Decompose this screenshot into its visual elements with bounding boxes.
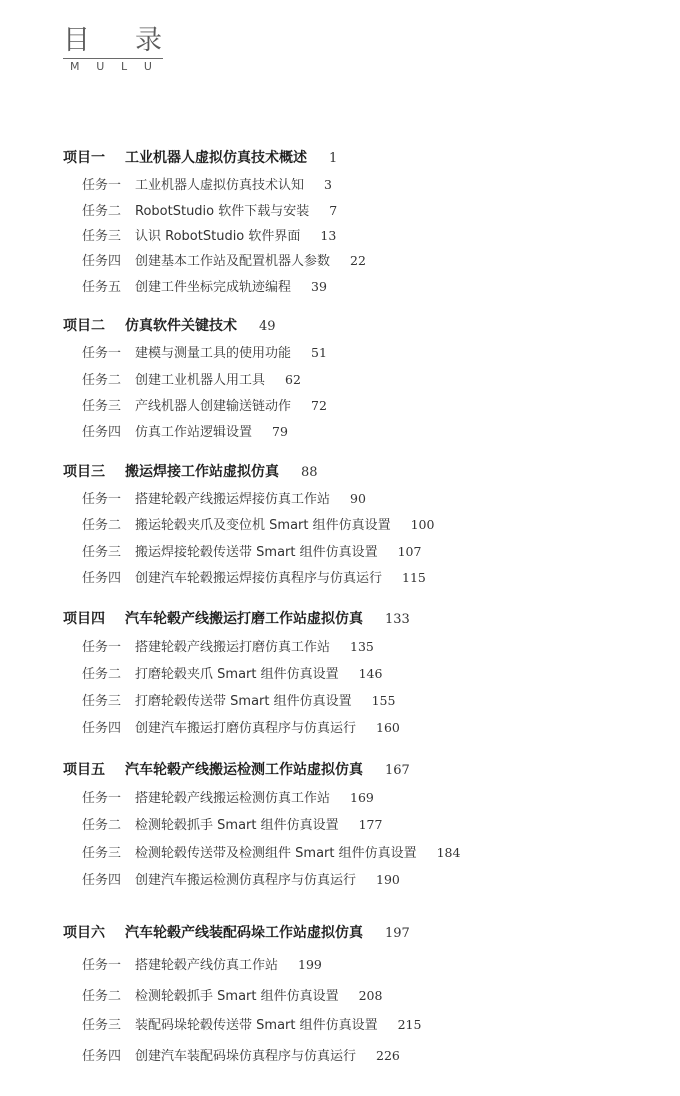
page-number: 167 [385,763,410,778]
toc-project-2[interactable]: 项目二 仿真软件关键技术 49 [63,315,276,335]
page-number: 100 [411,517,435,532]
toc-task[interactable]: 任务三 产线机器人创建输送链动作 72 [82,395,327,414]
toc-task[interactable]: 任务二 打磨轮毂夹爪 Smart 组件仿真设置 146 [82,663,382,682]
task-number: 任务四 [82,421,121,440]
toc-task[interactable]: 任务四 创建汽车搬运检测仿真程序与仿真运行 190 [82,869,400,888]
task-number: 任务三 [82,225,121,244]
task-number: 任务三 [82,541,121,560]
page-number: 62 [285,372,301,387]
subtitle-letter: U [144,60,152,73]
task-title: 创建基本工作站及配置机器人参数 [135,250,330,269]
toc-project-4[interactable]: 项目四 汽车轮毂产线搬运打磨工作站虚拟仿真 133 [63,608,410,628]
toc-project-1[interactable]: 项目一 工业机器人虚拟仿真技术概述 1 [63,147,337,167]
task-title: 检测轮毂传送带及检测组件 Smart 组件仿真设置 [135,842,417,861]
toc-task[interactable]: 任务一 工业机器人虚拟仿真技术认知 3 [82,174,332,193]
task-number: 任务二 [82,369,121,388]
task-title: 创建汽车轮毂搬运焊接仿真程序与仿真运行 [135,567,382,586]
page-number: 22 [350,253,366,268]
page-number: 49 [259,319,276,334]
project-number: 项目四 [63,608,105,628]
task-number: 任务二 [82,663,121,682]
task-number: 任务四 [82,250,121,269]
project-number: 项目六 [63,922,105,942]
task-number: 任务四 [82,1045,121,1064]
task-number: 任务一 [82,954,121,973]
task-title: 打磨轮毂传送带 Smart 组件仿真设置 [135,690,352,709]
subtitle-letter: L [121,60,127,73]
task-title: 搭建轮毂产线搬运检测仿真工作站 [135,787,330,806]
toc-task[interactable]: 任务二 检测轮毂抓手 Smart 组件仿真设置 208 [82,985,382,1004]
task-number: 任务五 [82,276,121,295]
page-number: 39 [311,279,327,294]
toc-task[interactable]: 任务一 搭建轮毂产线仿真工作站 199 [82,954,322,973]
page-number: 3 [324,177,332,192]
task-title: 创建工件坐标完成轨迹编程 [135,276,291,295]
page-number: 79 [272,424,288,439]
task-title: 装配码垛轮毂传送带 Smart 组件仿真设置 [135,1014,378,1033]
task-title: 搭建轮毂产线仿真工作站 [135,954,278,973]
task-title: 搭建轮毂产线搬运焊接仿真工作站 [135,488,330,507]
task-number: 任务二 [82,814,121,833]
toc-task[interactable]: 任务二 搬运轮毂夹爪及变位机 Smart 组件仿真设置 100 [82,514,434,533]
task-title: 仿真工作站逻辑设置 [135,421,252,440]
project-number: 项目一 [63,147,105,167]
task-title: 搬运轮毂夹爪及变位机 Smart 组件仿真设置 [135,514,391,533]
page-title: 目 录 [63,26,163,56]
toc-header: 目 录 M U L U [63,26,163,73]
toc-task[interactable]: 任务三 打磨轮毂传送带 Smart 组件仿真设置 155 [82,690,395,709]
project-number: 项目五 [63,759,105,779]
task-number: 任务三 [82,395,121,414]
task-title: 检测轮毂抓手 Smart 组件仿真设置 [135,814,339,833]
task-title: 创建汽车装配码垛仿真程序与仿真运行 [135,1045,356,1064]
page-number: 160 [376,720,400,735]
toc-project-3[interactable]: 项目三 搬运焊接工作站虚拟仿真 88 [63,461,318,481]
toc-task[interactable]: 任务三 搬运焊接轮毂传送带 Smart 组件仿真设置 107 [82,541,421,560]
page-number: 177 [359,817,383,832]
toc-task[interactable]: 任务二 创建工业机器人用工具 62 [82,369,301,388]
page-number: 133 [385,612,410,627]
task-title: 创建汽车搬运打磨仿真程序与仿真运行 [135,717,356,736]
toc-task[interactable]: 任务四 创建基本工作站及配置机器人参数 22 [82,250,366,269]
page-subtitle: M U L U [70,60,152,73]
task-number: 任务二 [82,200,121,219]
page-number: 7 [329,203,337,218]
task-title: 创建工业机器人用工具 [135,369,265,388]
page-number: 199 [298,957,322,972]
toc-task[interactable]: 任务四 仿真工作站逻辑设置 79 [82,421,288,440]
page-number: 1 [329,151,337,166]
subtitle-letter: U [96,60,104,73]
task-title: 产线机器人创建输送链动作 [135,395,291,414]
page-number: 115 [402,570,426,585]
toc-task[interactable]: 任务一 搭建轮毂产线搬运焊接仿真工作站 90 [82,488,366,507]
page-number: 13 [320,228,336,243]
page-number: 72 [311,398,327,413]
toc-task[interactable]: 任务三 装配码垛轮毂传送带 Smart 组件仿真设置 215 [82,1014,421,1033]
title-underline [63,58,163,59]
page-number: 51 [311,345,327,360]
project-title: 汽车轮毂产线搬运打磨工作站虚拟仿真 [125,608,363,628]
toc-project-6[interactable]: 项目六 汽车轮毂产线装配码垛工作站虚拟仿真 197 [63,922,410,942]
task-number: 任务三 [82,1014,121,1033]
page-number: 88 [301,465,318,480]
toc-task[interactable]: 任务三 检测轮毂传送带及检测组件 Smart 组件仿真设置 184 [82,842,460,861]
project-title: 工业机器人虚拟仿真技术概述 [125,147,307,167]
toc-task[interactable]: 任务五 创建工件坐标完成轨迹编程 39 [82,276,327,295]
task-title: 搭建轮毂产线搬运打磨仿真工作站 [135,636,330,655]
toc-task[interactable]: 任务一 搭建轮毂产线搬运检测仿真工作站 169 [82,787,374,806]
title-char-lu: 录 [135,26,162,56]
page-number: 215 [398,1017,422,1032]
task-title: 打磨轮毂夹爪 Smart 组件仿真设置 [135,663,339,682]
page-number: 197 [385,926,410,941]
toc-task[interactable]: 任务三 认识 RobotStudio 软件界面 13 [82,225,336,244]
project-number: 项目三 [63,461,105,481]
task-title: 检测轮毂抓手 Smart 组件仿真设置 [135,985,339,1004]
subtitle-letter: M [70,60,80,73]
title-char-mu: 目 [63,26,90,56]
project-number: 项目二 [63,315,105,335]
page-number: 146 [359,666,383,681]
task-number: 任务二 [82,514,121,533]
task-number: 任务一 [82,636,121,655]
task-number: 任务四 [82,567,121,586]
task-title: 工业机器人虚拟仿真技术认知 [135,174,304,193]
task-number: 任务四 [82,869,121,888]
toc-project-5[interactable]: 项目五 汽车轮毂产线搬运检测工作站虚拟仿真 167 [63,759,410,779]
task-number: 任务三 [82,690,121,709]
toc-task[interactable]: 任务四 创建汽车轮毂搬运焊接仿真程序与仿真运行 115 [82,567,426,586]
task-number: 任务一 [82,174,121,193]
task-number: 任务一 [82,787,121,806]
task-title: 创建汽车搬运检测仿真程序与仿真运行 [135,869,356,888]
project-title: 汽车轮毂产线搬运检测工作站虚拟仿真 [125,759,363,779]
task-number: 任务一 [82,488,121,507]
page-number: 90 [350,491,366,506]
toc-task[interactable]: 任务一 建模与测量工具的使用功能 51 [82,342,327,361]
toc-task[interactable]: 任务一 搭建轮毂产线搬运打磨仿真工作站 135 [82,636,374,655]
toc-task[interactable]: 任务二 RobotStudio 软件下载与安装 7 [82,200,337,219]
page-number: 226 [376,1048,400,1063]
page-number: 135 [350,639,374,654]
page-number: 155 [372,693,396,708]
task-title: 认识 RobotStudio 软件界面 [135,225,300,244]
page-number: 107 [398,544,422,559]
task-number: 任务四 [82,717,121,736]
task-title: 建模与测量工具的使用功能 [135,342,291,361]
page-number: 169 [350,790,374,805]
toc-task[interactable]: 任务四 创建汽车搬运打磨仿真程序与仿真运行 160 [82,717,400,736]
page-number: 190 [376,872,400,887]
page-number: 208 [359,988,383,1003]
toc-task[interactable]: 任务二 检测轮毂抓手 Smart 组件仿真设置 177 [82,814,382,833]
project-title: 汽车轮毂产线装配码垛工作站虚拟仿真 [125,922,363,942]
task-number: 任务一 [82,342,121,361]
task-title: RobotStudio 软件下载与安装 [135,200,309,219]
task-title: 搬运焊接轮毂传送带 Smart 组件仿真设置 [135,541,378,560]
project-title: 搬运焊接工作站虚拟仿真 [125,461,279,481]
toc-task[interactable]: 任务四 创建汽车装配码垛仿真程序与仿真运行 226 [82,1045,400,1064]
project-title: 仿真软件关键技术 [125,315,237,335]
task-number: 任务三 [82,842,121,861]
task-number: 任务二 [82,985,121,1004]
page-number: 184 [437,845,461,860]
